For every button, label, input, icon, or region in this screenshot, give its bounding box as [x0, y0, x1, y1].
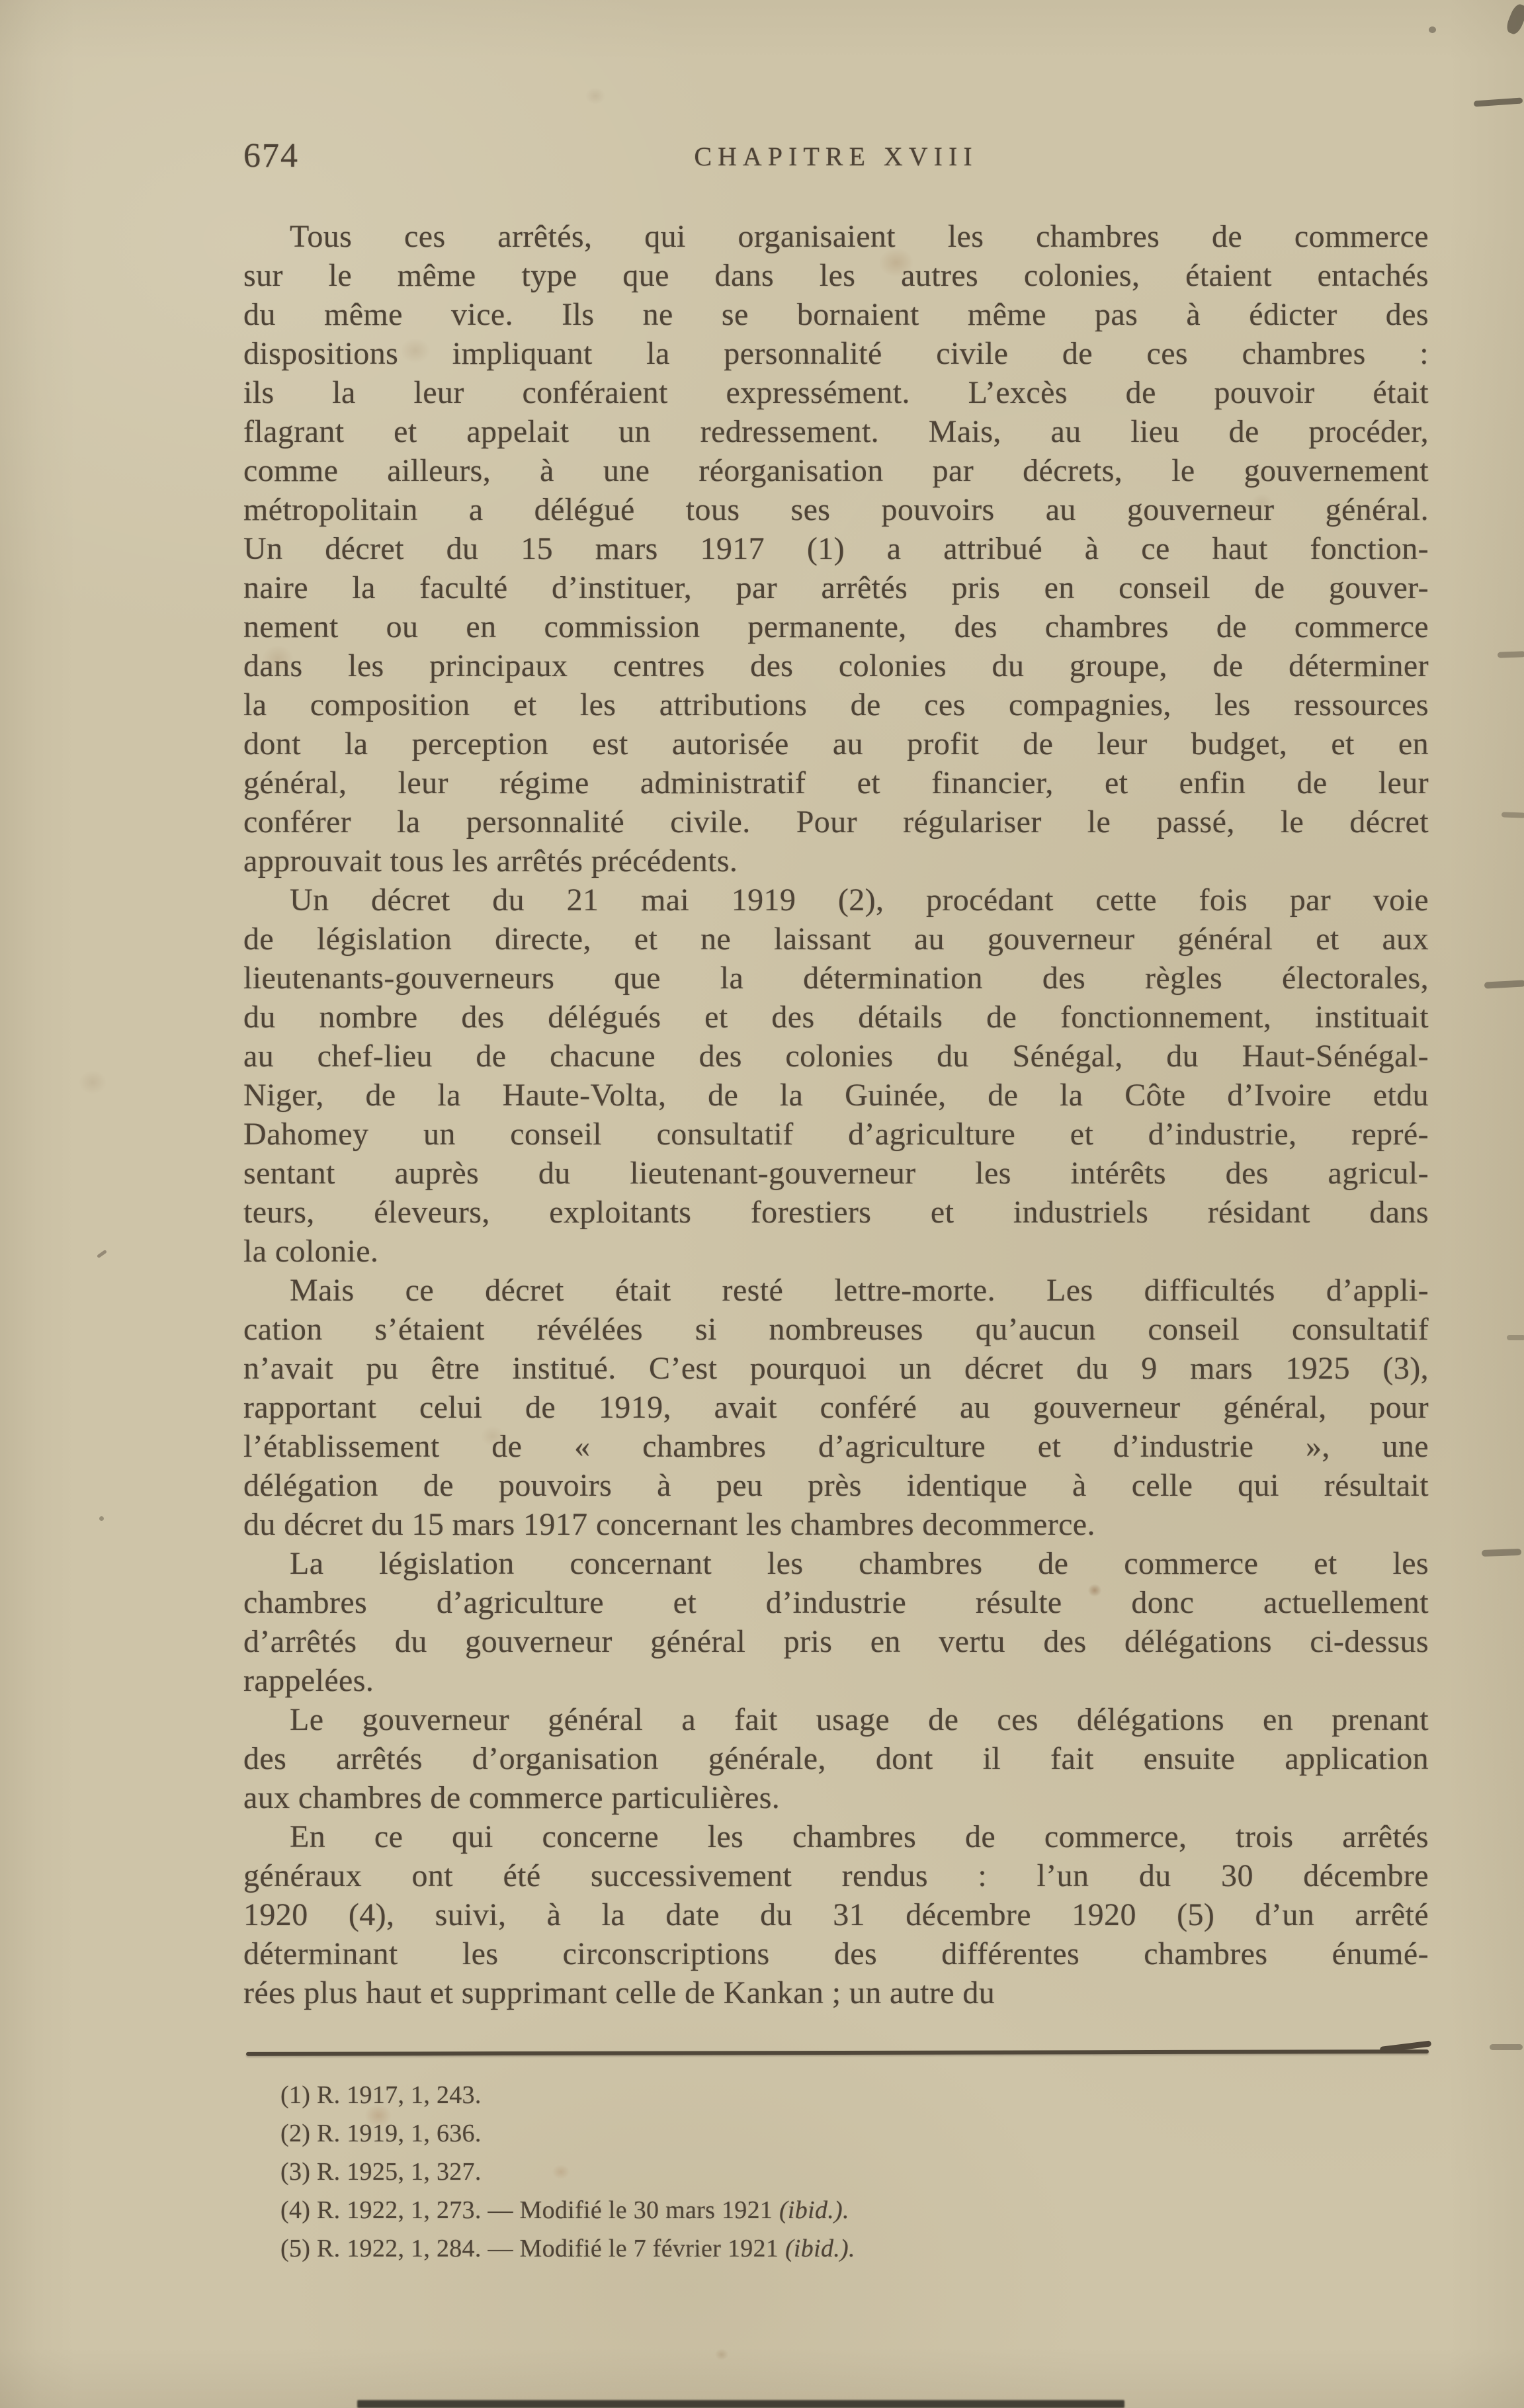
text-line: des arrêtés d’organisation générale, don… [243, 1739, 1429, 1778]
paper-stain [74, 1066, 111, 1098]
paragraph: En ce qui concerne les chambres de comme… [243, 1817, 1429, 2012]
scan-mark-corner [1504, 3, 1524, 36]
text-line: dont la perception est autorisée au prof… [243, 724, 1429, 763]
footnote: (4) R. 1922, 1, 273. — Modifié le 30 mar… [280, 2191, 855, 2229]
text-line: du nombre des délégués et des détails de… [243, 998, 1429, 1037]
text-line: au chef-lieu de chacune des colonies du … [243, 1037, 1429, 1076]
text-line: nement ou en commission permanente, des … [243, 607, 1429, 646]
text-line: approuvait tous les arrêtés précédents. [243, 841, 1429, 881]
text-line: Le gouverneur général a fait usage de ce… [243, 1700, 1429, 1739]
text-block: Tous ces arrêtés, qui organisaient les c… [243, 217, 1429, 2012]
text-line: sentant auprès du lieutenant-gouverneur … [243, 1154, 1429, 1193]
footnote: (5) R. 1922, 1, 284. — Modifié le 7 févr… [280, 2229, 855, 2268]
paragraph: Le gouverneur général a fait usage de ce… [243, 1700, 1429, 1817]
text-line: n’avait pu être institué. C’est pourquoi… [243, 1349, 1429, 1388]
text-line: ils la leur conféraient expressément. L’… [243, 373, 1429, 412]
scan-mark-edge [1474, 97, 1523, 107]
text-line: Mais ce décret était resté lettre-morte.… [243, 1271, 1429, 1310]
scan-bottom-bar [357, 2400, 1124, 2408]
text-line: La législation concernant les chambres d… [243, 1544, 1429, 1583]
scan-mark-edge [1484, 980, 1524, 988]
text-line: conférer la personnalité civile. Pour ré… [243, 802, 1429, 841]
text-line: métropolitain a délégué tous ses pouvoir… [243, 490, 1429, 529]
paragraph: Mais ce décret était resté lettre-morte.… [243, 1271, 1429, 1544]
text-line: rées plus haut et supprimant celle de Ka… [243, 1973, 1429, 2012]
scan-mark-edge [1490, 2044, 1523, 2050]
text-line: 1920 (4), suivi, à la date du 31 décembr… [243, 1895, 1429, 1934]
text-line: En ce qui concerne les chambres de comme… [243, 1817, 1429, 1856]
footnote-rule [246, 2049, 1429, 2056]
chapter-heading: CHAPITRE XVIII [243, 142, 1429, 172]
paragraph: La législation concernant les chambres d… [243, 1544, 1429, 1700]
text-line: généraux ont été successivement rendus :… [243, 1856, 1429, 1895]
paper-stain [582, 85, 609, 107]
paper-stain [713, 2347, 730, 2362]
text-line: la colonie. [243, 1232, 1429, 1271]
paragraph: Un décret du 21 mai 1919 (2), procédant … [243, 881, 1429, 1271]
footnote-text: (2) R. 1919, 1, 636. [280, 2120, 482, 2147]
scan-mark-edge [1482, 1549, 1521, 1557]
text-line: teurs, éleveurs, exploitants forestiers … [243, 1193, 1429, 1232]
text-line: flagrant et appelait un redressement. Ma… [243, 412, 1429, 451]
text-line: général, leur régime administratif et fi… [243, 763, 1429, 802]
text-line: lieutenants-gouverneurs que la détermina… [243, 959, 1429, 998]
scan-mark-left [97, 1250, 107, 1258]
footnote: (3) R. 1925, 1, 327. [280, 2153, 855, 2191]
scan-mark-edge [1498, 651, 1524, 658]
text-line: rappelées. [243, 1661, 1429, 1700]
paragraph: Tous ces arrêtés, qui organisaient les c… [243, 217, 1429, 881]
page: 674 CHAPITRE XVIII Tous ces arrêtés, qui… [0, 0, 1524, 2408]
text-line: Un décret du 15 mars 1917 (1) a attribué… [243, 529, 1429, 568]
text-line: dans les principaux centres des colonies… [243, 646, 1429, 685]
text-line: aux chambres de commerce particulières. [243, 1778, 1429, 1817]
text-line: cation s’étaient révélées si nombreuses … [243, 1310, 1429, 1349]
text-line: comme ailleurs, à une réorganisation par… [243, 451, 1429, 490]
text-line: du même vice. Ils ne se bornaient même p… [243, 295, 1429, 334]
text-line: Niger, de la Haute-Volta, de la Guinée, … [243, 1076, 1429, 1115]
scan-mark-edge [1502, 812, 1524, 818]
footnote: (1) R. 1917, 1, 243. [280, 2076, 855, 2114]
text-line: du décret du 15 mars 1917 concernant les… [243, 1505, 1429, 1544]
footnote-text: (4) R. 1922, 1, 273. — Modifié le 30 mar… [280, 2196, 779, 2224]
footnote-text: (3) R. 1925, 1, 327. [280, 2158, 482, 2186]
footnote-text: (1) R. 1917, 1, 243. [280, 2081, 482, 2109]
scan-mark-edge [1507, 1335, 1524, 1340]
text-line: de législation directe, et ne laissant a… [243, 920, 1429, 959]
footnote-ibid: (ibid.). [779, 2196, 849, 2224]
text-line: rapportant celui de 1919, avait conféré … [243, 1388, 1429, 1427]
text-line: délégation de pouvoirs à peu près identi… [243, 1466, 1429, 1505]
text-line: la composition et les attributions de ce… [243, 685, 1429, 724]
footnote-ibid: (ibid.). [785, 2235, 855, 2262]
text-line: sur le même type que dans les autres col… [243, 256, 1429, 295]
footnotes-block: (1) R. 1917, 1, 243.(2) R. 1919, 1, 636.… [280, 2076, 855, 2268]
footnote-text: (5) R. 1922, 1, 284. — Modifié le 7 févr… [280, 2235, 785, 2262]
text-line: l’établissement de « chambres d’agricult… [243, 1427, 1429, 1466]
text-line: d’arrêtés du gouverneur général pris en … [243, 1622, 1429, 1661]
text-line: chambres d’agriculture et d’industrie ré… [243, 1583, 1429, 1622]
scan-mark-left [99, 1516, 104, 1521]
text-line: naire la faculté d’instituer, par arrêté… [243, 568, 1429, 607]
text-line: dispositions impliquant la personnalité … [243, 334, 1429, 373]
text-line: déterminant les circonscriptions des dif… [243, 1934, 1429, 1973]
text-line: Dahomey un conseil consultatif d’agricul… [243, 1115, 1429, 1154]
text-line: Tous ces arrêtés, qui organisaient les c… [243, 217, 1429, 256]
footnote: (2) R. 1919, 1, 636. [280, 2114, 855, 2153]
scan-mark-dot [1429, 26, 1436, 33]
text-line: Un décret du 21 mai 1919 (2), procédant … [243, 881, 1429, 920]
